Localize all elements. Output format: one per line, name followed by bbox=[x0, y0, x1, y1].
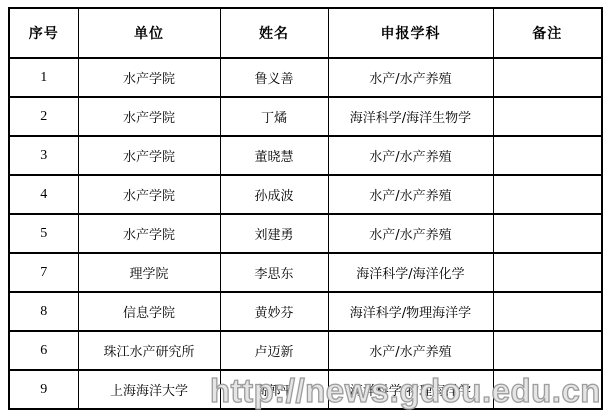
applicant-table: 序号 单位 姓名 申报学科 备注 1 水产学院 鲁义善 水产/水产养殖 2 水产… bbox=[8, 7, 603, 410]
cell-name: 丁燏 bbox=[220, 97, 328, 136]
cell-seq: 8 bbox=[9, 292, 78, 331]
cell-remark bbox=[493, 58, 602, 97]
cell-remark bbox=[493, 214, 602, 253]
cell-unit: 水产学院 bbox=[78, 136, 220, 175]
header-seq: 序号 bbox=[9, 8, 78, 58]
cell-discipline: 水产/水产养殖 bbox=[328, 331, 493, 370]
cell-unit: 水产学院 bbox=[78, 175, 220, 214]
cell-seq: 2 bbox=[9, 97, 78, 136]
table-row: 5 水产学院 刘建勇 水产/水产养殖 bbox=[9, 214, 602, 253]
table-row: 1 水产学院 鲁义善 水产/水产养殖 bbox=[9, 58, 602, 97]
table-header-row: 序号 单位 姓名 申报学科 备注 bbox=[9, 8, 602, 58]
table-row: 4 水产学院 孙成波 水产/水产养殖 bbox=[9, 175, 602, 214]
cell-remark bbox=[493, 292, 602, 331]
header-name: 姓名 bbox=[220, 8, 328, 58]
cell-discipline: 水产/水产养殖 bbox=[328, 58, 493, 97]
cell-discipline: 海洋科学/物理海洋学 bbox=[328, 292, 493, 331]
cell-discipline: 海洋科学/物理海洋学 bbox=[328, 370, 493, 409]
cell-remark bbox=[493, 370, 602, 409]
cell-seq: 3 bbox=[9, 136, 78, 175]
page: 序号 单位 姓名 申报学科 备注 1 水产学院 鲁义善 水产/水产养殖 2 水产… bbox=[0, 0, 613, 416]
cell-unit: 水产学院 bbox=[78, 58, 220, 97]
cell-name: 刘建勇 bbox=[220, 214, 328, 253]
cell-remark bbox=[493, 253, 602, 292]
header-remark: 备注 bbox=[493, 8, 602, 58]
table-row: 6 珠江水产研究所 卢迈新 水产/水产养殖 bbox=[9, 331, 602, 370]
cell-seq: 6 bbox=[9, 331, 78, 370]
cell-name: 孙成波 bbox=[220, 175, 328, 214]
table-row: 8 信息学院 黄妙芬 海洋科学/物理海洋学 bbox=[9, 292, 602, 331]
cell-discipline: 水产/水产养殖 bbox=[328, 175, 493, 214]
header-discipline: 申报学科 bbox=[328, 8, 493, 58]
cell-discipline: 海洋科学/海洋生物学 bbox=[328, 97, 493, 136]
cell-unit: 水产学院 bbox=[78, 97, 220, 136]
header-unit: 单位 bbox=[78, 8, 220, 58]
cell-name: 李思东 bbox=[220, 253, 328, 292]
cell-unit: 珠江水产研究所 bbox=[78, 331, 220, 370]
cell-name: 卢迈新 bbox=[220, 331, 328, 370]
cell-seq: 5 bbox=[9, 214, 78, 253]
table-row: 9 上海海洋大学 高郭平 海洋科学/物理海洋学 bbox=[9, 370, 602, 409]
table-row: 3 水产学院 董晓慧 水产/水产养殖 bbox=[9, 136, 602, 175]
cell-name: 高郭平 bbox=[220, 370, 328, 409]
cell-remark bbox=[493, 136, 602, 175]
cell-discipline: 水产/水产养殖 bbox=[328, 214, 493, 253]
cell-seq: 9 bbox=[9, 370, 78, 409]
cell-name: 董晓慧 bbox=[220, 136, 328, 175]
cell-discipline: 水产/水产养殖 bbox=[328, 136, 493, 175]
cell-discipline: 海洋科学/海洋化学 bbox=[328, 253, 493, 292]
cell-remark bbox=[493, 97, 602, 136]
cell-unit: 理学院 bbox=[78, 253, 220, 292]
cell-seq: 7 bbox=[9, 253, 78, 292]
cell-remark bbox=[493, 175, 602, 214]
cell-unit: 上海海洋大学 bbox=[78, 370, 220, 409]
cell-unit: 信息学院 bbox=[78, 292, 220, 331]
cell-name: 鲁义善 bbox=[220, 58, 328, 97]
table-row: 7 理学院 李思东 海洋科学/海洋化学 bbox=[9, 253, 602, 292]
cell-seq: 4 bbox=[9, 175, 78, 214]
cell-unit: 水产学院 bbox=[78, 214, 220, 253]
cell-remark bbox=[493, 331, 602, 370]
table-row: 2 水产学院 丁燏 海洋科学/海洋生物学 bbox=[9, 97, 602, 136]
cell-seq: 1 bbox=[9, 58, 78, 97]
cell-name: 黄妙芬 bbox=[220, 292, 328, 331]
